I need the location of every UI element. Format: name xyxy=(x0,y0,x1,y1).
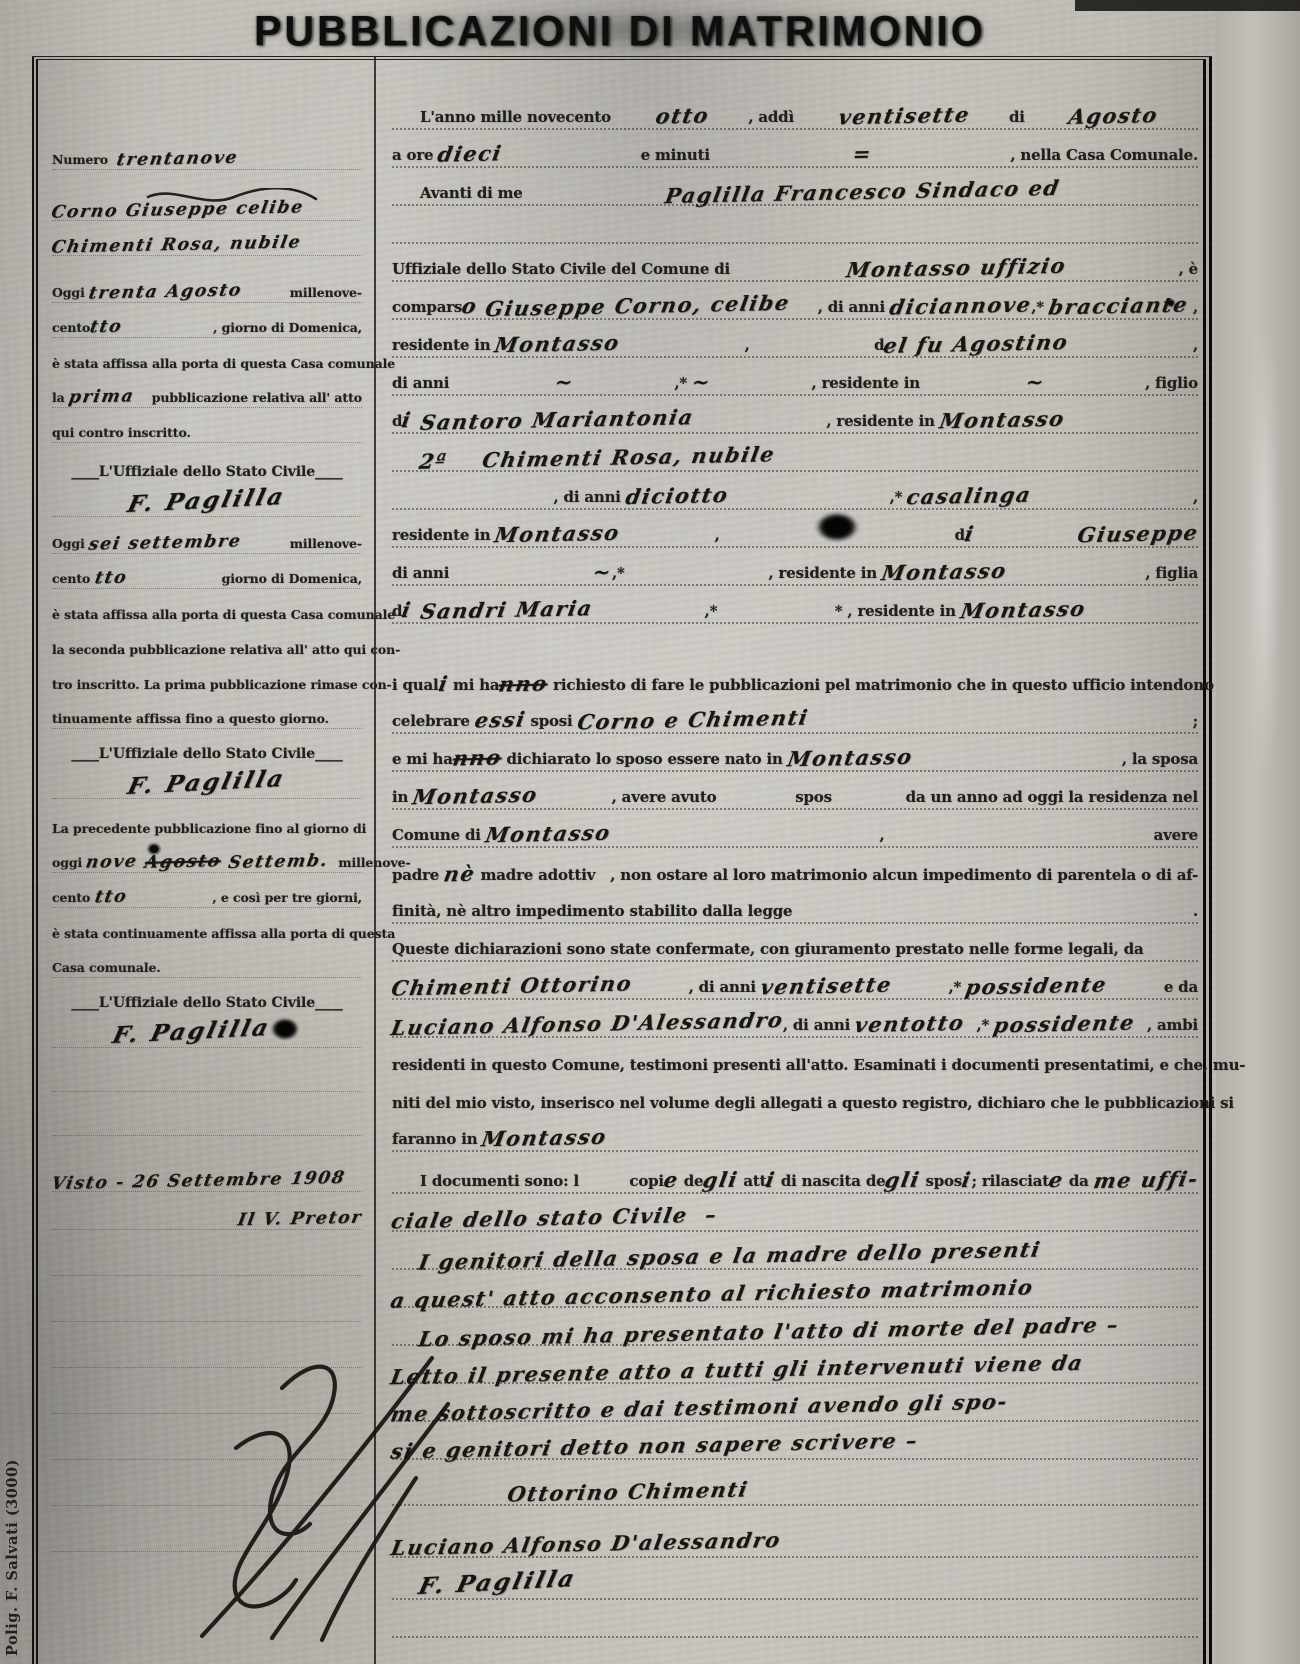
printed-text: e minuti xyxy=(641,146,715,164)
printed-text: tinuamente affissa fino a questo giorno. xyxy=(52,711,333,726)
printed-text: , di anni xyxy=(554,488,626,506)
form-line: i quali mi hanno richiesto di fare le pu… xyxy=(392,658,1198,696)
printed-text: Avanti di me xyxy=(420,184,528,202)
handwritten-text: nè xyxy=(442,862,478,887)
form-line: F. Paglilla xyxy=(52,482,362,517)
handwritten-text: possidente xyxy=(992,1011,1138,1038)
form-line xyxy=(392,1600,1198,1638)
form-line xyxy=(52,1048,362,1092)
ink-blot xyxy=(814,511,860,543)
form-line: Numero trentanove xyxy=(52,122,362,170)
printed-text: , di anni xyxy=(689,978,761,996)
form-line: comparso Giuseppe Corno, celibe, di anni… xyxy=(392,282,1198,320)
printed-text: L'anno mille novecento xyxy=(420,108,616,126)
printed-text: att xyxy=(738,1172,766,1190)
printed-text: spos xyxy=(920,1172,962,1190)
handwritten-text: 2ª Chimenti Rosa, nubile xyxy=(417,442,777,473)
handwritten-text: gli xyxy=(883,1168,922,1193)
printed-text: , xyxy=(745,336,750,354)
printed-text: tro inscritto. La prima pubblicazione ri… xyxy=(52,677,392,692)
printed-text: de xyxy=(679,1172,704,1190)
form-line: in Montasso, avere avuto sposda un anno … xyxy=(392,772,1198,810)
printed-text: celebrare xyxy=(392,712,475,730)
printed-text: di anni xyxy=(392,564,454,582)
handwritten-text: gli xyxy=(701,1168,740,1193)
printed-text: ____L'Uffiziale dello Stato Civile____ xyxy=(71,464,342,480)
printed-text: è stata continuamente affissa alla porta… xyxy=(52,926,395,941)
printed-text: di xyxy=(1009,108,1030,126)
handwritten-text: Chimenti Rosa, nubile xyxy=(50,232,303,257)
handwritten-text: Montasso xyxy=(480,1125,609,1152)
printed-text: è stata affissa alla porta di questa Cas… xyxy=(52,356,395,371)
handwritten-text: Chimenti Ottorino xyxy=(389,971,634,1000)
handwritten-text: ventisette xyxy=(836,103,971,130)
handwritten-text: Montasso xyxy=(411,783,540,810)
form-line: I genitori della sposa e la madre dello … xyxy=(392,1232,1198,1270)
printed-text: * , residente in xyxy=(835,602,961,620)
handwritten-text: = xyxy=(851,142,874,166)
handwritten-text: prima xyxy=(67,386,136,407)
form-line xyxy=(52,1276,362,1322)
handwritten-text: Santoro Mariantonia xyxy=(418,405,695,435)
handwritten-text: Visto - 26 Settembre 1908 xyxy=(50,1168,347,1194)
form-line: la seconda pubblicazione relativa all' a… xyxy=(52,624,362,659)
form-line: Uffiziale dello Stato Civile del Comune … xyxy=(392,244,1198,282)
form-line: di anni ~,* , residente in Montasso, fig… xyxy=(392,548,1198,586)
printed-text: , residente in xyxy=(769,564,883,582)
form-line: residenti in questo Comune, testimoni pr… xyxy=(392,1038,1198,1076)
printed-text: , residente in xyxy=(812,374,926,392)
printed-text: la seconda pubblicazione relativa all' a… xyxy=(52,642,400,657)
form-line: è stata continuamente affissa alla porta… xyxy=(52,908,362,943)
form-line xyxy=(392,206,1198,244)
printed-text: Comune di xyxy=(392,826,486,844)
printed-text: , nella Casa Comunale. xyxy=(1010,146,1198,164)
form-line: Letto il presente atto a tutti gli inter… xyxy=(392,1346,1198,1384)
printed-text: ,* xyxy=(948,978,966,996)
handwritten-text: me sottoscritto e dai testimoni avendo g… xyxy=(389,1390,1010,1427)
form-line: Casa comunale. xyxy=(52,943,362,978)
handwritten-text: i xyxy=(963,522,985,546)
handwritten-text: diciannove xyxy=(888,293,1034,320)
form-line: Chimenti Ottorino, di anni ventisette,* … xyxy=(392,962,1198,1000)
printed-text: residente in xyxy=(392,336,495,354)
signature: F. Paglilla xyxy=(125,483,288,518)
form-line: padre nè madre adottiv, non ostare al lo… xyxy=(392,848,1198,886)
printed-text: , di anni xyxy=(783,1016,855,1034)
printed-text: . xyxy=(1193,902,1198,920)
handwritten-text: Montasso xyxy=(493,521,622,548)
form-line xyxy=(52,1092,362,1136)
printed-text: Queste dichiarazioni sono state conferma… xyxy=(392,940,1144,958)
pretore-signature-flourish xyxy=(86,1328,456,1648)
flourish-underline xyxy=(142,188,322,206)
handwritten-text: Ottorino Chimenti xyxy=(505,1477,750,1506)
handwritten-text: trentanove xyxy=(115,148,240,171)
handwritten-text: Giuseppe Corno, celibe xyxy=(484,291,793,321)
form-line: di Santoro Mariantonia, residente in Mon… xyxy=(392,396,1198,434)
handwritten-text: Luciano Alfonso D'Alessandro xyxy=(389,1008,786,1040)
printed-text: è stata affissa alla porta di questa Cas… xyxy=(52,607,395,622)
signature: F. Paglilla xyxy=(110,1014,273,1049)
ink-blot xyxy=(270,1017,300,1041)
printed-text: Numero xyxy=(52,152,117,167)
ink-speck xyxy=(146,842,162,856)
printed-text: , giorno di Domenica, xyxy=(213,320,362,335)
printed-text: residente in xyxy=(392,526,495,544)
form-line: Comune di Montasso,avere xyxy=(392,810,1198,848)
handwritten-text: me uffi- xyxy=(1091,1167,1200,1193)
form-line: F. Paglilla xyxy=(52,764,362,799)
handwritten-text: sei settembre xyxy=(87,531,243,554)
handwritten-text: Montasso xyxy=(483,821,612,848)
printed-text: cento xyxy=(52,571,95,586)
form-line: e mi hanno dichiarato lo sposo essere na… xyxy=(392,734,1198,772)
handwritten-text: Montasso xyxy=(880,559,1009,586)
form-line: L'anno mille novecento otto, addì ventis… xyxy=(392,92,1198,130)
handwritten-strikethrough: nno xyxy=(451,745,504,770)
form-line: faranno in Montasso xyxy=(392,1114,1198,1152)
printed-text: e da xyxy=(1164,978,1198,996)
form-line: Queste dichiarazioni sono state conferma… xyxy=(392,924,1198,962)
form-line: Luciano Alfonso D'Alessandro, di anni ve… xyxy=(392,1000,1198,1038)
printed-text: pubblicazione relativa all' atto xyxy=(152,390,362,405)
printed-text: , e così per tre giorni, xyxy=(212,890,362,905)
form-line: ____L'Uffiziale dello Stato Civile____ xyxy=(52,978,362,1013)
scan-light-streak xyxy=(1252,300,1278,800)
handwritten-text: ~ xyxy=(553,370,576,394)
form-line: Il V. Pretor xyxy=(52,1192,362,1230)
form-line: residente in Montasso,di Giuseppe xyxy=(392,510,1198,548)
form-line: I documenti sono: lcopie degli atti di n… xyxy=(392,1156,1198,1194)
printed-text: finità, nè altro impedimento stabilito d… xyxy=(392,902,797,920)
handwritten-text: Settemb. xyxy=(219,851,330,873)
printed-text: , di anni xyxy=(818,298,890,316)
handwritten-text: ventisette xyxy=(759,973,894,1000)
handwritten-text: casalinga xyxy=(905,483,1034,510)
printed-text: residenti in questo Comune, testimoni pr… xyxy=(392,1056,1245,1074)
handwritten-text: I genitori della sposa e la madre dello … xyxy=(417,1238,1043,1275)
form-line: F. Paglilla xyxy=(52,1013,362,1048)
handwritten-text: Paglilla Francesco Sindaco ed xyxy=(664,176,1063,208)
form-line: cento ttogiorno di Domenica, xyxy=(52,554,362,589)
handwritten-text: ~ xyxy=(1023,370,1046,394)
printed-text: da un anno ad oggi la residenza nel xyxy=(906,788,1198,806)
printed-text: compars xyxy=(392,298,462,316)
handwritten-text: Montasso uffizio xyxy=(845,254,1069,283)
form-line: niti del mio visto, inserisco nel volume… xyxy=(392,1076,1198,1114)
form-line: qui contro inscritto. xyxy=(52,408,362,443)
form-line: oggi nove Agosto Settemb.millenove- xyxy=(52,838,362,873)
form-line: a quest' atto acconsento al richiesto ma… xyxy=(392,1270,1198,1308)
printed-text: cento xyxy=(52,890,95,905)
printed-text: Oggi xyxy=(52,536,89,551)
handwritten-text: el fu Agostino xyxy=(882,330,1071,358)
printed-text: i qual xyxy=(392,676,439,694)
printed-text: sposi xyxy=(525,712,577,730)
printed-text: , avere avuto xyxy=(612,788,722,806)
printed-text: ,* xyxy=(674,374,692,392)
handwritten-text: si e genitori detto non sapere scrivere … xyxy=(389,1429,920,1464)
form-line: ____L'Uffiziale dello Stato Civile____ xyxy=(52,447,362,482)
form-line: celebrare essi sposi Corno e Chimenti; xyxy=(392,696,1198,734)
act-text-column: L'anno mille novecento otto, addì ventis… xyxy=(392,64,1198,1638)
form-line: la primapubblicazione relativa all' atto xyxy=(52,373,362,408)
printed-text: ,* xyxy=(612,564,630,582)
form-line: Oggi sei settembremillenove- xyxy=(52,519,362,554)
printed-text: Casa comunale. xyxy=(52,960,165,975)
printed-text: ,* xyxy=(705,602,723,620)
printer-stamp: Polig. F. Salvati (3000) xyxy=(4,1459,21,1656)
printed-text: oggi xyxy=(52,855,86,870)
printed-text: ____L'Uffiziale dello Stato Civile____ xyxy=(71,746,342,762)
printed-text: ,* xyxy=(1031,298,1049,316)
form-line: Oggi trenta Agostomillenove- xyxy=(52,268,362,303)
handwritten-text: Giuseppe xyxy=(1075,521,1200,548)
printed-text: , xyxy=(715,526,720,544)
form-line: è stata affissa alla porta di questa Cas… xyxy=(52,338,362,373)
handwritten-text: ciale dello stato Civile – xyxy=(389,1203,719,1234)
handwritten-text: otto xyxy=(653,103,710,128)
printed-text: mi ha xyxy=(448,676,499,694)
printed-text: , xyxy=(1193,336,1198,354)
printed-text: cento xyxy=(52,320,90,335)
printed-text: millenove- xyxy=(290,285,362,300)
form-line: Chimenti Rosa, nubile xyxy=(52,221,362,256)
handwritten-text: ~ xyxy=(690,370,713,394)
form-line: cento tto, e così per tre giorni, xyxy=(52,873,362,908)
form-line: me sottoscritto e dai testimoni avendo g… xyxy=(392,1384,1198,1422)
printed-text: , ambi xyxy=(1147,1016,1198,1034)
form-line: finità, nè altro impedimento stabilito d… xyxy=(392,886,1198,924)
printed-text: da xyxy=(1064,1172,1094,1190)
document-title: PUBBLICAZIONI DI MATRIMONIO xyxy=(0,7,1240,56)
form-line: 2ª Chimenti Rosa, nubile xyxy=(392,434,1198,472)
printed-text: di nascita de xyxy=(776,1172,886,1190)
form-line xyxy=(52,1230,362,1276)
handwritten-text: ~ xyxy=(591,560,614,584)
handwritten-text: possidente xyxy=(964,973,1110,1000)
form-line: di Sandri Maria,* * , residente in Monta… xyxy=(392,586,1198,624)
form-line: si e genitori detto non sapere scrivere … xyxy=(392,1422,1198,1460)
form-line: tinuamente affissa fino a questo giorno. xyxy=(52,694,362,729)
handwritten-text: Sandri Maria xyxy=(418,596,594,624)
printed-text: ; rilasciat xyxy=(972,1172,1050,1190)
printed-text: La precedente pubblicazione fino al gior… xyxy=(52,821,366,836)
printed-text: a ore xyxy=(392,146,438,164)
form-line: Visto - 26 Settembre 1908 xyxy=(52,1152,362,1192)
printed-text: , xyxy=(1188,298,1198,316)
form-line: è stata affissa alla porta di questa Cas… xyxy=(52,589,362,624)
form-line: Avanti di me Paglilla Francesco Sindaco … xyxy=(392,168,1198,206)
printed-text: , è xyxy=(1179,260,1198,278)
form-line: residente in Montasso,del fu Agostino, xyxy=(392,320,1198,358)
form-line: , di anni diciotto,* casalinga, xyxy=(392,472,1198,510)
handwritten-text: tto xyxy=(93,887,129,908)
printed-text: la xyxy=(52,390,69,405)
printed-text: niti del mio visto, inserisco nel volume… xyxy=(392,1094,1234,1112)
form-line: Ottorino Chimenti xyxy=(392,1468,1198,1506)
form-line: Luciano Alfonso D'alessandro xyxy=(392,1520,1198,1558)
printed-text: giorno di Domenica, xyxy=(222,571,362,586)
form-line: centotto, giorno di Domenica, xyxy=(52,303,362,338)
handwritten-text: ventotto xyxy=(853,1011,967,1037)
printed-text: I documenti sono: l xyxy=(420,1172,579,1190)
handwritten-text: Montasso xyxy=(938,407,1067,434)
form-line: ____L'Uffiziale dello Stato Civile____ xyxy=(52,729,362,764)
printed-text: ; xyxy=(1193,712,1198,730)
printed-text: Uffiziale dello Stato Civile del Comune … xyxy=(392,260,735,278)
printed-text: madre adottiv xyxy=(476,866,596,884)
printed-text: , non ostare al loro matrimonio alcun im… xyxy=(610,866,1198,884)
printed-text: , figlia xyxy=(1145,564,1198,582)
printed-text: dichiarato lo sposo essere nato in xyxy=(501,750,787,768)
handwritten-text: dieci xyxy=(436,141,504,166)
handwritten-text: essi xyxy=(473,707,528,732)
ink-speck xyxy=(1166,298,1176,308)
printed-text: ,* xyxy=(976,1016,994,1034)
printed-text: , xyxy=(879,826,884,844)
printed-text: , xyxy=(1193,488,1198,506)
signature: F. Paglilla xyxy=(125,765,288,800)
form-line: di anni ~,* ~, residente in ~, figlio xyxy=(392,358,1198,396)
handwritten-text: Il V. Pretor xyxy=(236,1208,364,1231)
printed-text: , residente in xyxy=(826,412,940,430)
printed-text: copi xyxy=(629,1172,664,1190)
printed-text: ____L'Uffiziale dello Stato Civile____ xyxy=(71,995,342,1011)
printed-text: in xyxy=(392,788,413,806)
handwritten-text: trenta Agosto xyxy=(87,280,244,303)
form-line: Lo sposo mi ha presentato l'atto di mort… xyxy=(392,1308,1198,1346)
printed-text: millenove- xyxy=(290,536,362,551)
handwritten-text: diciotto xyxy=(624,483,731,509)
form-line: a ore diecie minuti =, nella Casa Comuna… xyxy=(392,130,1198,168)
printed-text: di anni xyxy=(392,374,454,392)
printed-text: , la sposa xyxy=(1122,750,1198,768)
handwritten-text: nove xyxy=(85,851,148,872)
printed-text: Oggi xyxy=(52,285,89,300)
printed-text: , addì xyxy=(748,108,799,126)
printed-text: padre xyxy=(392,866,444,884)
handwritten-text: Montasso xyxy=(959,597,1088,624)
handwritten-text: Montasso xyxy=(493,331,622,358)
handwritten-text: Agosto xyxy=(1067,103,1160,129)
handwritten-text: tto xyxy=(88,317,124,338)
printed-text: spos xyxy=(795,788,832,806)
scan-right-margin xyxy=(1216,0,1300,1664)
printed-text: avere xyxy=(1154,826,1198,844)
printed-text: richiesto di fare le pubblicazioni pel m… xyxy=(548,676,1214,694)
handwritten-text: Montasso xyxy=(785,745,914,772)
form-line: ciale dello stato Civile – xyxy=(392,1194,1198,1232)
printed-text: qui contro inscritto. xyxy=(52,425,195,440)
form-line: F. Paglilla xyxy=(392,1562,1198,1600)
printed-text: e mi ha xyxy=(392,750,453,768)
form-line: La precedente pubblicazione fino al gior… xyxy=(52,803,362,838)
handwritten-strikethrough: nno xyxy=(497,671,550,696)
handwritten-text: tto xyxy=(93,568,129,589)
handwritten-text: Corno e Chimenti xyxy=(575,706,810,735)
printed-text: faranno in xyxy=(392,1130,482,1148)
form-line: tro inscritto. La prima pubblicazione ri… xyxy=(52,659,362,694)
printed-text: , figlio xyxy=(1145,374,1198,392)
